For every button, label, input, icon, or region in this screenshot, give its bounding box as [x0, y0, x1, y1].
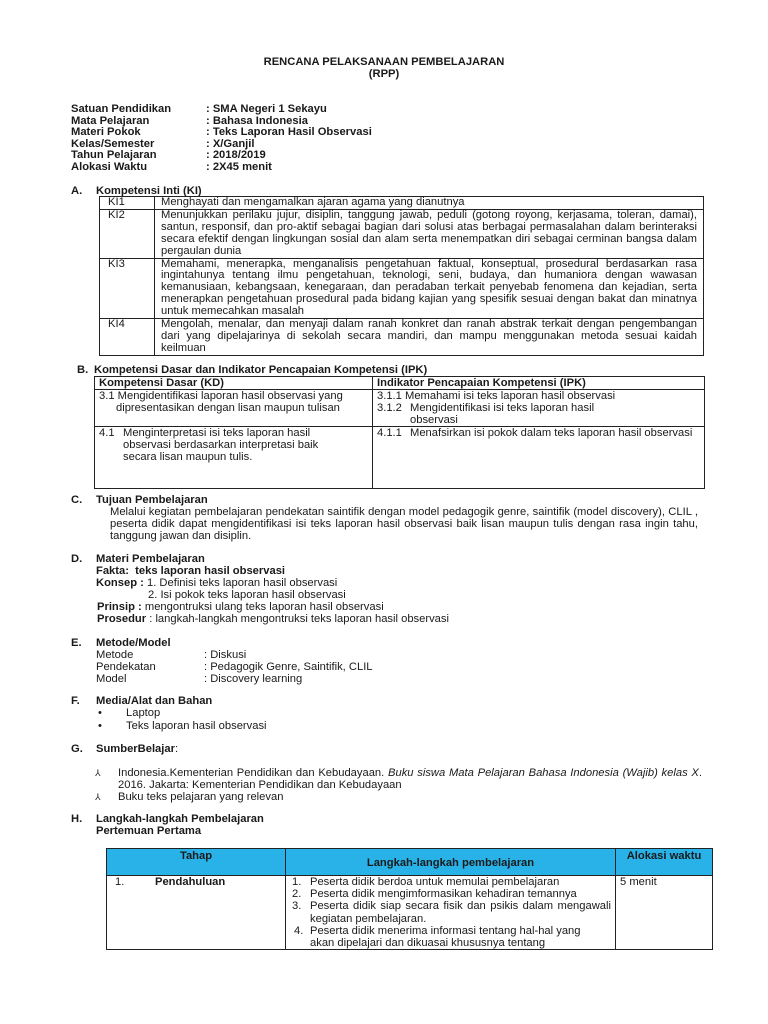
section-letter: E.: [71, 637, 96, 649]
step-number: 3.: [290, 900, 310, 924]
section-b-heading: B. Kompetensi Dasar dan Indikator Pencap…: [77, 364, 427, 376]
step-number: 1.: [290, 876, 310, 888]
bullet-icon: •: [96, 707, 126, 720]
section-letter: H.: [71, 813, 96, 825]
table-row: KI4 Mengolah, menalar, dan menyaji dalam…: [100, 319, 704, 356]
metode-rows: Metode: Diskusi Pendekatan: Pedagogik Ge…: [96, 649, 373, 685]
ipk-text: Mengidentifikasi isi teks laporan hasil …: [410, 402, 610, 426]
identity-label: Satuan Pendidikan: [71, 103, 206, 115]
tahap-cell: 1.Pendahuluan: [107, 876, 286, 950]
ipk-text: Memahami isi teks laporan hasil observas…: [405, 390, 615, 402]
table-row: 3.1 Mengidentifikasi laporan hasil obser…: [95, 390, 705, 427]
section-g-heading: G. SumberBelajar:: [71, 743, 178, 755]
ipk-number: 3.1.1: [377, 390, 402, 402]
section-letter: G.: [71, 743, 96, 755]
source-book-title: Buku siswa Mata Pelajaran Bahasa Indones…: [388, 767, 699, 779]
document-title: RENCANA PELAKSANAAN PEMBELAJARAN: [0, 56, 768, 68]
table-header-row: Kompetensi Dasar (KD) Indikator Pencapai…: [95, 377, 705, 390]
source-text: Indonesia.Kementerian Pendidikan dan Keb…: [118, 767, 702, 791]
list-item-text: Laptop: [126, 707, 160, 720]
kd-text: Mengidentifikasi laporan hasil observasi…: [118, 390, 343, 402]
section-f-heading: F. Media/Alat dan Bahan: [71, 695, 212, 707]
ki-code: KI2: [100, 209, 155, 258]
identity-label: Mata Pelajaran: [71, 115, 206, 127]
ipk-text: Menafsirkan isi pokok dalam teks laporan…: [410, 427, 700, 439]
sumber-list: ⅄ Indonesia.Kementerian Pendidikan dan K…: [92, 767, 702, 803]
prosedur-label: Prosedur: [97, 613, 146, 625]
identity-label: Tahun Pelajaran: [71, 149, 206, 161]
step-text: Peserta didik menerima informasi tentang…: [310, 925, 611, 949]
metode-label: Pendekatan: [96, 661, 204, 673]
konsep-line: Konsep : 1. Definisi teks laporan hasil …: [96, 577, 337, 589]
list-item: •Laptop: [96, 707, 267, 720]
section-c-heading: C. Tujuan Pembelajaran: [71, 494, 208, 506]
konsep-label: Konsep :: [96, 577, 144, 589]
ki-description: Mengolah, menalar, dan menyaji dalam ran…: [155, 319, 704, 356]
kd-first-line: 3.1 Mengidentifikasi laporan hasil obser…: [99, 390, 368, 402]
prosedur-line: Prosedur : langkah-langkah mengontruksi …: [97, 613, 449, 625]
section-letter: F.: [71, 695, 96, 707]
metode-row: Metode: Diskusi: [96, 649, 373, 661]
column-header-ipk: Indikator Pencapaian Kompetensi (IPK): [373, 377, 705, 390]
kd-text-cont: observasi berdasarkan interpretasi baik …: [123, 439, 318, 463]
identity-block: Satuan Pendidikan: SMA Negeri 1 Sekayu M…: [71, 103, 372, 173]
step-text: Peserta didik berdoa untuk memulai pembe…: [310, 876, 611, 888]
column-header-alokasi: Alokasi waktu: [616, 849, 713, 876]
ki-code: KI3: [100, 258, 155, 319]
prinsip-value: mengontruksi ulang teks laporan hasil ob…: [145, 601, 384, 613]
section-title: Materi Pembelajaran: [96, 553, 205, 565]
kd-cell: 4.1 Menginterpretasi isi teks laporan ha…: [95, 427, 373, 489]
step-number: 2.: [290, 888, 310, 900]
list-item: ⅄ Indonesia.Kementerian Pendidikan dan K…: [92, 767, 702, 791]
identity-label: Materi Pokok: [71, 126, 206, 138]
ipk-number: 4.1.1: [377, 427, 410, 439]
table-row: 4.1 Menginterpretasi isi teks laporan ha…: [95, 427, 705, 489]
identity-label: Alokasi Waktu: [71, 161, 206, 173]
arrow-bullet-icon: ⅄: [92, 767, 118, 791]
step-item: 1.Peserta didik berdoa untuk memulai pem…: [290, 876, 611, 888]
list-item-text: Teks laporan hasil observasi: [126, 720, 267, 733]
identity-row: Tahun Pelajaran: 2018/2019: [71, 149, 372, 161]
kd-item: 4.1 Menginterpretasi isi teks laporan ha…: [99, 427, 368, 463]
column-header-kd: Kompetensi Dasar (KD): [95, 377, 373, 390]
identity-value: : X/Ganjil: [206, 138, 255, 150]
ipk-cell: 4.1.1Menafsirkan isi pokok dalam teks la…: [373, 427, 705, 489]
source-text: Buku teks pelajaran yang relevan: [118, 791, 702, 803]
column-header-tahap: Tahap: [107, 849, 286, 876]
section-title: Metode/Model: [96, 637, 171, 649]
tahap-name: Pendahuluan: [155, 876, 225, 888]
fakta-line: Fakta: teks laporan hasil observasi: [96, 565, 285, 577]
metode-row: Model: Discovery learning: [96, 673, 373, 685]
konsep-item: 1. Definisi teks laporan hasil observasi: [147, 577, 337, 589]
prinsip-line: Prinsip : mengontruksi ulang teks lapora…: [97, 601, 384, 613]
metode-value: : Discovery learning: [204, 673, 302, 685]
steps-list: 1.Peserta didik berdoa untuk memulai pem…: [290, 876, 611, 949]
ipk-item: 4.1.1Menafsirkan isi pokok dalam teks la…: [377, 427, 700, 439]
table-row: 1.Pendahuluan 1.Peserta didik berdoa unt…: [107, 876, 713, 950]
kd-ipk-table: Kompetensi Dasar (KD) Indikator Pencapai…: [94, 376, 705, 489]
kd-text-block: Menginterpretasi isi teks laporan hasil …: [123, 427, 338, 463]
ki-description: Memahami, menerapka, menganalisis penget…: [155, 258, 704, 319]
tujuan-paragraph: Melalui kegiatan pembelajaran pendekatan…: [110, 506, 698, 542]
identity-value: : Bahasa Indonesia: [206, 115, 308, 127]
ki-description: Menghayati dan mengamalkan ajaran agama …: [155, 197, 704, 210]
step-number: 4.: [290, 925, 310, 949]
source-prefix: Indonesia.Kementerian Pendidikan dan Keb…: [118, 767, 388, 779]
identity-value: : SMA Negeri 1 Sekayu: [206, 103, 327, 115]
section-d-heading: D. Materi Pembelajaran: [71, 553, 205, 565]
colon: :: [175, 743, 178, 755]
table-row: KI3 Memahami, menerapka, menganalisis pe…: [100, 258, 704, 319]
konsep-item: 2. Isi pokok teks laporan hasil observas…: [148, 589, 346, 601]
identity-row: Satuan Pendidikan: SMA Negeri 1 Sekayu: [71, 103, 372, 115]
metode-value: : Pedagogik Genre, Saintifik, CLIL: [204, 661, 373, 673]
meeting-subheading: Pertemuan Pertama: [96, 825, 201, 837]
metode-label: Metode: [96, 649, 204, 661]
section-letter: A.: [71, 185, 96, 197]
section-h-heading: H. Langkah-langkah Pembelajaran: [71, 813, 264, 825]
list-item: ⅄ Buku teks pelajaran yang relevan: [92, 791, 702, 803]
identity-value: : 2X45 menit: [206, 161, 272, 173]
section-title: Kompetensi Dasar dan Indikator Pencapaia…: [94, 364, 427, 376]
section-letter: D.: [71, 553, 96, 565]
section-title: SumberBelajar: [96, 743, 175, 755]
kd-number: 3.1: [99, 390, 115, 402]
kd-number: 4.1: [99, 427, 123, 463]
fakta-label: Fakta:: [96, 565, 129, 577]
ipk-item: 3.1.1 Memahami isi teks laporan hasil ob…: [377, 390, 700, 402]
arrow-bullet-icon: ⅄: [92, 791, 118, 803]
ki-code: KI1: [100, 197, 155, 210]
section-title: Tujuan Pembelajaran: [96, 494, 208, 506]
step-text: Peserta didik siap secara fisik dan psik…: [310, 900, 611, 924]
tahap-number: 1.: [111, 876, 155, 888]
kd-text-cont: dipresentasikan dengan lisan maupun tuli…: [99, 402, 368, 414]
prosedur-value: : langkah-langkah mengontruksi teks lapo…: [149, 613, 449, 625]
step-item: 4.Peserta didik menerima informasi tenta…: [290, 925, 611, 949]
step-item: 2.Peserta didik mengimformasikan kehadir…: [290, 888, 611, 900]
metode-row: Pendekatan: Pedagogik Genre, Saintifik, …: [96, 661, 373, 673]
section-title: Langkah-langkah Pembelajaran: [96, 813, 264, 825]
section-e-heading: E. Metode/Model: [71, 637, 171, 649]
identity-row: Kelas/Semester: X/Ganjil: [71, 138, 372, 150]
ipk-cell: 3.1.1 Memahami isi teks laporan hasil ob…: [373, 390, 705, 427]
metode-value: : Diskusi: [204, 649, 246, 661]
table-header-row: Tahap Langkah-langkah pembelajaran Aloka…: [107, 849, 713, 876]
section-letter: C.: [71, 494, 96, 506]
bullet-icon: •: [96, 720, 126, 733]
identity-label: Kelas/Semester: [71, 138, 206, 150]
ki-description: Menunjukkan perilaku jujur, disiplin, ta…: [155, 209, 704, 258]
identity-row: Materi Pokok: Teks Laporan Hasil Observa…: [71, 126, 372, 138]
identity-value: : Teks Laporan Hasil Observasi: [206, 126, 372, 138]
document-subtitle: (RPP): [0, 68, 768, 80]
langkah-pembelajaran-table: Tahap Langkah-langkah pembelajaran Aloka…: [106, 848, 713, 950]
alokasi-waktu-cell: 5 menit: [616, 876, 713, 950]
kompetensi-inti-table: KI1 Menghayati dan mengamalkan ajaran ag…: [99, 196, 704, 356]
identity-row: Mata Pelajaran: Bahasa Indonesia: [71, 115, 372, 127]
kd-text: Menginterpretasi isi teks laporan hasil: [123, 427, 310, 439]
table-row: KI2 Menunjukkan perilaku jujur, disiplin…: [100, 209, 704, 258]
fakta-value: teks laporan hasil observasi: [135, 565, 285, 577]
table-row: KI1 Menghayati dan mengamalkan ajaran ag…: [100, 197, 704, 210]
ki-code: KI4: [100, 319, 155, 356]
identity-value: : 2018/2019: [206, 149, 266, 161]
metode-label: Model: [96, 673, 204, 685]
steps-cell: 1.Peserta didik berdoa untuk memulai pem…: [286, 876, 616, 950]
column-header-langkah: Langkah-langkah pembelajaran: [286, 849, 616, 876]
prinsip-label: Prinsip :: [97, 601, 142, 613]
ipk-number: 3.1.2: [377, 402, 410, 426]
ipk-item: 3.1.2Mengidentifikasi isi teks laporan h…: [377, 402, 700, 426]
section-letter: B.: [77, 364, 94, 376]
kd-cell: 3.1 Mengidentifikasi laporan hasil obser…: [95, 390, 373, 427]
step-item: 3.Peserta didik siap secara fisik dan ps…: [290, 900, 611, 924]
step-text: Peserta didik mengimformasikan kehadiran…: [310, 888, 611, 900]
identity-row: Alokasi Waktu: 2X45 menit: [71, 161, 372, 173]
media-list: •Laptop •Teks laporan hasil observasi: [96, 707, 267, 733]
section-title: Media/Alat dan Bahan: [96, 695, 212, 707]
list-item: •Teks laporan hasil observasi: [96, 720, 267, 733]
rpp-document-page: RENCANA PELAKSANAAN PEMBELAJARAN (RPP) S…: [0, 0, 768, 1024]
